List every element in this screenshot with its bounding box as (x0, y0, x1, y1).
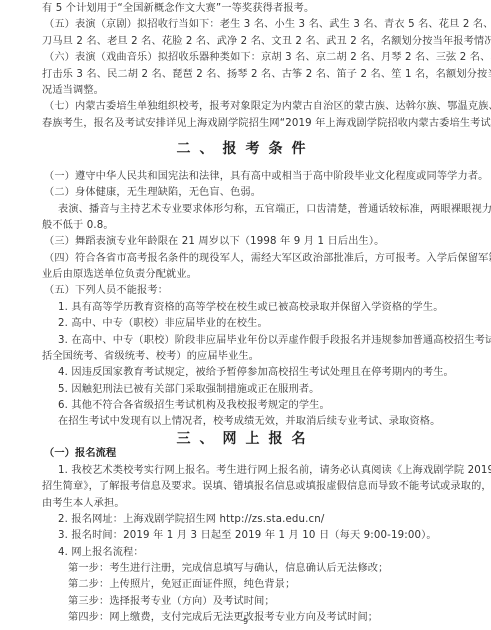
text-line: 1. 我校艺术类校考实行网上报名。考生进行网上报名前，请务必认真阅读《上海戏剧学… (58, 464, 466, 478)
text-line: 般不低于 0.8。 (42, 219, 450, 233)
text-line: 第一步：考生进行注册，完成信息填写与确认，信息确认后无法修改； (68, 562, 476, 576)
text-line: 表演、播音与主持艺术专业要求体形匀称，五官端正，口齿清楚，普通话较标准，两眼裸眼… (58, 203, 466, 217)
text-line: 业后由原选送单位负责分配就业。 (42, 268, 450, 282)
section-heading-online-registration: 三、网上报名 (0, 428, 491, 448)
page-number: 9 (0, 617, 491, 626)
text-line: 招生简章》，了解报考信息及要求。误填、错填报名信息或填报虚假信息而导致不能考试或… (42, 480, 450, 494)
text-line: 3. 报名时间：2019 年 1 月 3 日起至 2019 年 1 月 10 日… (58, 529, 466, 543)
text-line: 5. 因触犯刑法已被有关部门采取强制措施或正在服刑者。 (58, 383, 466, 397)
text-line: 括全国统考、省级统考、校考）的应届毕业生。 (42, 350, 450, 364)
text-line: （五）下列人员不能报考： (44, 284, 452, 298)
text-line: （一）遵守中华人民共和国宪法和法律，具有高中或相当于高中阶段毕业文化程度或同等学… (44, 170, 452, 184)
text-line: （一）报名流程 (44, 447, 452, 461)
text-line: （四）符合各省市高考报名条件的现役军人，需经大军区政治部批准后，方可报考。入学后… (44, 252, 452, 266)
text-line: （七）内蒙古委培生单独组织校考，报考对象限定为内蒙古自治区的蒙古族、达斡尔族、鄂… (44, 100, 452, 114)
text-line: 第三步：选择报考专业（方向）及考试时间； (68, 595, 476, 609)
document-page: 有 5 个计划用于“全国新概念作文大赛”一等奖获得者报考。（五）表演（京剧）拟招… (0, 0, 491, 630)
text-line: 春族考生，报名及考试安排详见上海戏剧学院招生网“2019 年上海戏剧学院招收内蒙… (42, 117, 450, 131)
text-line: 况适当调整。 (42, 84, 450, 98)
section-heading-application-requirements: 二、报考条件 (0, 138, 491, 158)
text-line: （六）表演（戏曲音乐）拟招收乐器种类如下：京胡 3 名、京二胡 2 名、月琴 2… (44, 51, 452, 65)
text-line: 4. 因违反国家教育考试规定，被给予暂停参加高校招生考试处理且在停考期内的考生。 (58, 366, 466, 380)
text-line: 1. 具有高等学历教育资格的高等学校在校生或已被高校录取并保留入学资格的学生。 (58, 301, 466, 315)
text-line: 有 5 个计划用于“全国新概念作文大赛”一等奖获得者报考。 (42, 2, 450, 16)
text-line: 4. 网上报名流程： (58, 546, 466, 560)
text-line: 2. 报名网址：上海戏剧学院招生网 http://zs.sta.edu.cn/ (58, 513, 466, 527)
text-line: 2. 高中、中专（职校）非应届毕业的在校生。 (58, 317, 466, 331)
text-line: 3. 在高中、中专（职校）阶段非应届毕业年份以弄虚作假手段报名并违规参加普通高校… (58, 334, 466, 348)
text-line: 6. 其他不符合各省级招生考试机构及我校报考规定的学生。 (58, 399, 466, 413)
text-line: 刀马旦 2 名、老旦 2 名、花脸 2 名、武净 2 名、文丑 2 名、武丑 2… (42, 35, 450, 49)
text-line: 在招生考试中发现有以上情况者，校考成绩无效，并取消后续专业考试、录取资格。 (58, 415, 466, 429)
text-line: （三）舞蹈表演专业年龄限在 21 周岁以下（1998 年 9 月 1 日后出生）… (44, 235, 452, 249)
text-line: 由考生本人承担。 (42, 497, 450, 511)
text-line: （五）表演（京剧）拟招收行当如下：老生 3 名、小生 3 名、武生 3 名、青衣… (44, 18, 452, 32)
text-line: 打击乐 3 名、民二胡 2 名、琵琶 2 名、扬琴 2 名、古筝 2 名、笛子 … (42, 68, 450, 82)
text-line: （二）身体健康，无生理缺陷，无色盲、色弱。 (44, 186, 452, 200)
text-line: 第二步：上传照片，免冠正面证件照，纯色背景； (68, 578, 476, 592)
